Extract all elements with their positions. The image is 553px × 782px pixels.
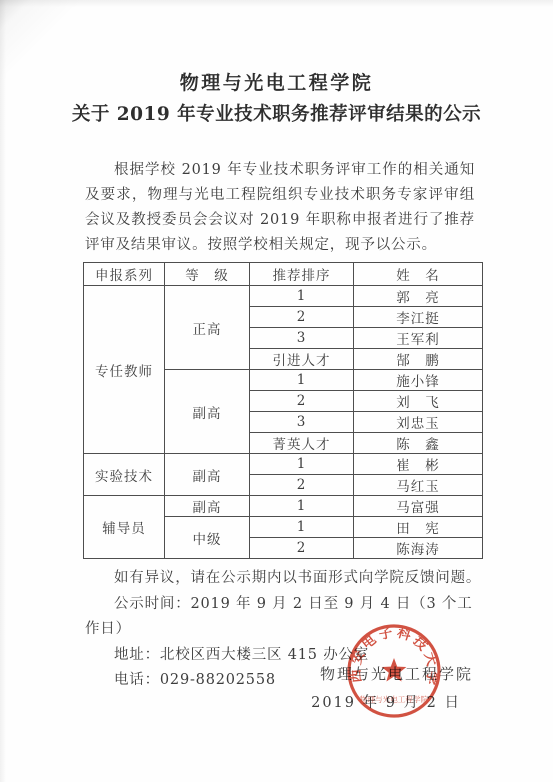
table-cell: 1 <box>250 370 354 391</box>
table-cell: 副高 <box>165 496 250 517</box>
table-cell: 引进人才 <box>250 349 354 370</box>
table-cell: 刘 飞 <box>354 391 483 412</box>
col-header-name: 姓 名 <box>354 263 483 286</box>
col-header-series: 申报系列 <box>84 263 165 286</box>
table-cell: 施小锋 <box>354 370 483 391</box>
table-row: 辅导员副高1马富强 <box>84 496 483 517</box>
table-cell: 副高 <box>165 370 250 454</box>
table-cell: 李江挺 <box>354 307 483 328</box>
table-cell: 中级 <box>165 517 250 559</box>
table-cell: 崔 彬 <box>354 454 483 475</box>
col-header-rank: 推荐排序 <box>250 263 354 286</box>
results-table-body: 专任教师正高1郭 亮2李江挺3王军利引进人才郜 鹏副高1施小锋2刘 飞3刘忠玉菁… <box>84 286 483 559</box>
table-cell: 1 <box>250 454 354 475</box>
objection-line: 如有异议，请在公示期内以书面形式向学院反馈问题。 <box>85 566 483 592</box>
table-cell: 专任教师 <box>84 286 165 454</box>
table-cell: 王军利 <box>354 328 483 349</box>
announcement-page: 物理与光电工程学院 关于 2019 年专业技术职务推荐评审结果的公示 根据学校 … <box>0 0 553 782</box>
official-seal-stamp: 西安电子科技大学 物理与光电工程学院 <box>334 611 454 731</box>
table-cell: 2 <box>250 391 354 412</box>
seal-star-icon <box>382 658 407 682</box>
table-cell: 1 <box>250 517 354 538</box>
table-row: 实验技术副高1崔 彬 <box>84 454 483 475</box>
table-cell: 辅导员 <box>84 496 165 559</box>
table-cell: 3 <box>250 412 354 433</box>
table-cell: 实验技术 <box>84 454 165 496</box>
table-cell: 菁英人才 <box>250 433 354 454</box>
table-cell: 郜 鹏 <box>354 349 483 370</box>
table-cell: 3 <box>250 328 354 349</box>
table-cell: 陈 鑫 <box>354 433 483 454</box>
table-cell: 马红玉 <box>354 475 483 496</box>
table-cell: 副高 <box>165 454 250 496</box>
table-cell: 刘忠玉 <box>354 412 483 433</box>
seal-inner-text: 物理与光电工程学院 <box>360 694 429 704</box>
table-cell: 2 <box>250 538 354 559</box>
table-cell: 田 宪 <box>354 517 483 538</box>
seal-arc-text: 西安电子科技大学 <box>347 624 441 690</box>
table-cell: 马富强 <box>354 496 483 517</box>
table-row: 专任教师正高1郭 亮 <box>84 286 483 307</box>
table-cell: 郭 亮 <box>354 286 483 307</box>
page-title-subject: 关于 2019 年专业技术职务推荐评审结果的公示 <box>0 102 553 127</box>
page-title-org: 物理与光电工程学院 <box>0 0 553 96</box>
table-header-row: 申报系列 等 级 推荐排序 姓 名 <box>84 263 483 286</box>
table-cell: 陈海涛 <box>354 538 483 559</box>
table-cell: 2 <box>250 307 354 328</box>
intro-paragraph: 根据学校 2019 年专业技术职务评审工作的相关通知及要求，物理与光电工程院组织… <box>85 158 475 258</box>
table-cell: 1 <box>250 496 354 517</box>
table-cell: 正高 <box>165 286 250 370</box>
results-table: 申报系列 等 级 推荐排序 姓 名 专任教师正高1郭 亮2李江挺3王军利引进人才… <box>83 262 483 559</box>
table-cell: 2 <box>250 475 354 496</box>
col-header-level: 等 级 <box>165 263 250 286</box>
table-cell: 1 <box>250 286 354 307</box>
